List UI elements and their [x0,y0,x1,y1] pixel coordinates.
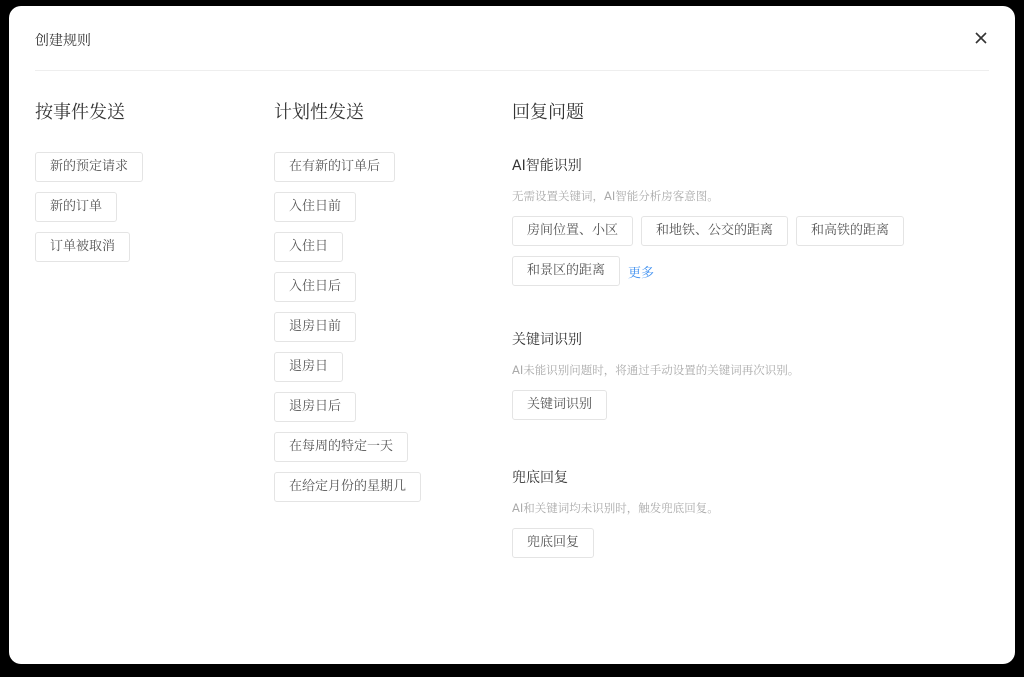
scheduled-option-weekly-day[interactable]: 在每周的特定一天 [274,432,408,462]
ai-recognition-title: AI智能识别 [512,156,912,176]
scheduled-option-before-checkin[interactable]: 入住日前 [274,192,356,222]
event-option-order-cancelled[interactable]: 订单被取消 [35,232,130,262]
fallback-reply-title: 兜底回复 [512,468,912,488]
ai-recognition-desc: 无需设置关键词，AI智能分析房客意图。 [512,188,912,204]
keyword-recognition-desc: AI未能识别问题时，将通过手动设置的关键词再次识别。 [512,362,912,378]
fallback-reply-desc: AI和关键词均未识别时，触发兜底回复。 [512,500,912,516]
modal-title: 创建规则 [35,30,91,50]
scheduled-option-before-checkout[interactable]: 退房日前 [274,312,356,342]
scheduled-option-monthly-weekday[interactable]: 在给定月份的星期几 [274,472,421,502]
event-option-new-order[interactable]: 新的订单 [35,192,117,222]
scheduled-option-after-checkin[interactable]: 入住日后 [274,272,356,302]
ai-recognition-section: AI智能识别 无需设置关键词，AI智能分析房客意图。 房间位置、小区 和地铁、公… [512,156,912,286]
keyword-option[interactable]: 关键词识别 [512,390,607,420]
more-link[interactable]: 更多 [628,262,654,281]
scheduled-column: 计划性发送 在有新的订单后 入住日前 入住日 入住日后 退房日前 退房日 退房日… [274,100,421,502]
reply-column-title: 回复问题 [512,100,912,126]
ai-option-highspeed-rail-distance[interactable]: 和高铁的距离 [796,216,904,246]
create-rule-modal: 创建规则 按事件发送 新的预定请求 新的订单 订单被取消 计划性发送 在有新的订… [9,6,1015,664]
modal-header: 创建规则 [35,6,989,71]
reply-column: 回复问题 AI智能识别 无需设置关键词，AI智能分析房客意图。 房间位置、小区 … [512,100,912,558]
scheduled-option-checkin-day[interactable]: 入住日 [274,232,343,262]
event-column-title: 按事件发送 [35,100,143,126]
ai-option-scenic-distance[interactable]: 和景区的距离 [512,256,620,286]
ai-option-metro-bus-distance[interactable]: 和地铁、公交的距离 [641,216,788,246]
keyword-recognition-section: 关键词识别 AI未能识别问题时，将通过手动设置的关键词再次识别。 关键词识别 [512,330,912,420]
close-icon [975,32,987,44]
scheduled-option-after-checkout[interactable]: 退房日后 [274,392,356,422]
ai-option-location[interactable]: 房间位置、小区 [512,216,633,246]
event-column: 按事件发送 新的预定请求 新的订单 订单被取消 [35,100,143,262]
keyword-recognition-title: 关键词识别 [512,330,912,350]
close-button[interactable] [971,28,991,48]
event-option-new-booking-request[interactable]: 新的预定请求 [35,152,143,182]
fallback-reply-section: 兜底回复 AI和关键词均未识别时，触发兜底回复。 兜底回复 [512,468,912,558]
scheduled-option-checkout-day[interactable]: 退房日 [274,352,343,382]
scheduled-option-after-new-order[interactable]: 在有新的订单后 [274,152,395,182]
scheduled-column-title: 计划性发送 [274,100,421,126]
fallback-option[interactable]: 兜底回复 [512,528,594,558]
